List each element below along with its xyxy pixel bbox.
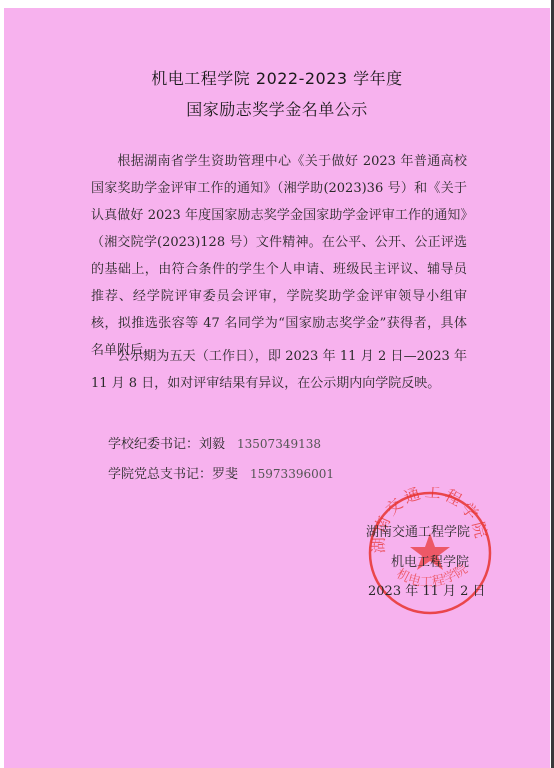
contact-line-1: 学校纪委书记：刘毅13507349138 (108, 433, 321, 452)
contact-line-2: 学院党总支书记：罗斐15973396001 (108, 463, 334, 482)
paragraph-1-text: 根据湖南省学生资助管理中心《关于做好 2023 年普通高校国家奖助学金评审工作的… (91, 154, 467, 358)
contact-phone: 13507349138 (237, 437, 321, 451)
paragraph-2-text: 公示期为五天（工作日），即 2023 年 11 月 2 日—2023 年 11 … (91, 349, 467, 391)
body-paragraph-2: 公示期为五天（工作日），即 2023 年 11 月 2 日—2023 年 11 … (91, 343, 467, 397)
body-paragraph-1: 根据湖南省学生资助管理中心《关于做好 2023 年普通高校国家奖助学金评审工作的… (91, 148, 467, 364)
contact-role: 学校纪委书记：刘毅 (108, 437, 225, 452)
signature-org-2: 机电工程学院 (391, 551, 469, 570)
contact-role: 学院党总支书记：罗斐 (108, 467, 238, 482)
signature-date: 2023 年 11 月 2 日 (368, 580, 486, 599)
document-title-line1: 机电工程学院 2022-2023 学年度 (0, 66, 554, 89)
document-title-line2: 国家励志奖学金名单公示 (0, 97, 554, 120)
contact-phone: 15973396001 (250, 467, 334, 481)
signature-org-1: 湖南交通工程学院 (366, 521, 470, 540)
